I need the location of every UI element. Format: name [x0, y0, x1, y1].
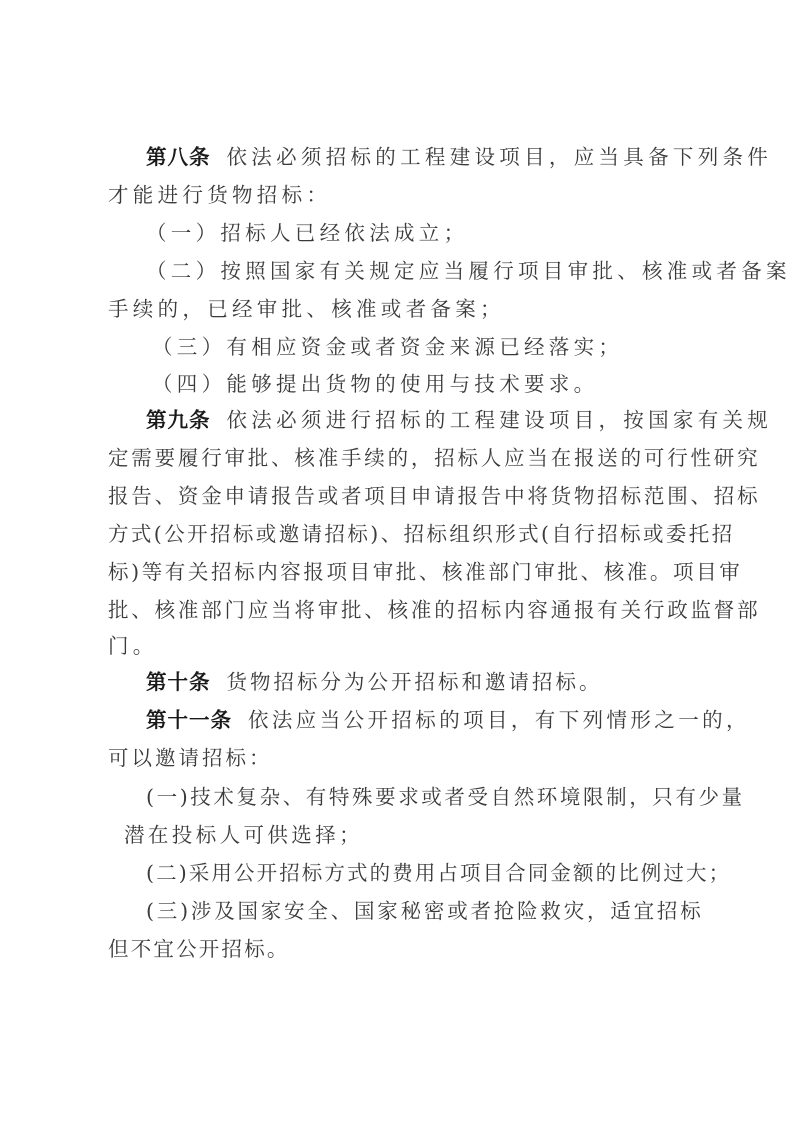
article-11-item-3-cont: 但不宜公开招标。	[108, 935, 698, 963]
article-9-line-2: 定需要履行审批、核准手续的，招标人应当在报送的可行性研究	[108, 444, 698, 472]
article-8-item-2: （二）按照国家有关规定应当履行项目审批、核准或者备案	[146, 257, 736, 285]
article-11-line-1: 第十一条依法应当公开招标的项目，有下列情形之一的，	[146, 706, 736, 734]
article-8-line-2: 才能进行货物招标：	[108, 181, 698, 209]
article-9-line-7: 门。	[108, 632, 698, 660]
article-heading: 第十一条	[146, 708, 232, 732]
article-8-line-1: 第八条依法必须招标的工程建设项目，应当具备下列条件	[146, 143, 736, 171]
article-8-item-3: （三）有相应资金或者资金来源已经落实；	[152, 333, 742, 361]
article-10-line-1: 第十条货物招标分为公开招标和邀请招标。	[146, 668, 736, 696]
article-heading: 第八条	[146, 145, 211, 169]
article-9-line-3: 报告、资金申请报告或者项目申请报告中将货物招标范围、招标	[108, 482, 698, 510]
article-heading: 第九条	[146, 408, 211, 432]
article-11-item-3: (三)涉及国家安全、国家秘密或者抢险救灾，适宜招标	[146, 897, 736, 925]
article-8-item-1: （一）招标人已经依法成立；	[146, 219, 736, 247]
article-8-item-2-cont: 手续的，已经审批、核准或者备案；	[108, 295, 698, 323]
article-11-item-1-cont: 潜在投标人可供选择；	[124, 821, 714, 849]
article-heading: 第十条	[146, 670, 211, 694]
article-11-line-2: 可以邀请招标：	[108, 744, 698, 772]
article-9-line-5: 标)等有关招标内容报项目审批、核准部门审批、核准。项目审	[108, 558, 698, 586]
article-11-item-2: (二)采用公开招标方式的费用占项目合同金额的比例过大；	[146, 859, 736, 887]
article-11-item-1: (一)技术复杂、有特殊要求或者受自然环境限制，只有少量	[146, 783, 736, 811]
article-9-line-4: 方式(公开招标或邀请招标)、招标组织形式(自行招标或委托招	[108, 520, 698, 548]
document-page: 第八条依法必须招标的工程建设项目，应当具备下列条件 才能进行货物招标： （一）招…	[0, 0, 793, 1122]
article-9-line-6: 批、核准部门应当将审批、核准的招标内容通报有关行政监督部	[108, 596, 698, 624]
article-8-item-4: （四）能够提出货物的使用与技术要求。	[152, 370, 742, 398]
article-9-line-1: 第九条依法必须进行招标的工程建设项目，按国家有关规	[146, 406, 736, 434]
